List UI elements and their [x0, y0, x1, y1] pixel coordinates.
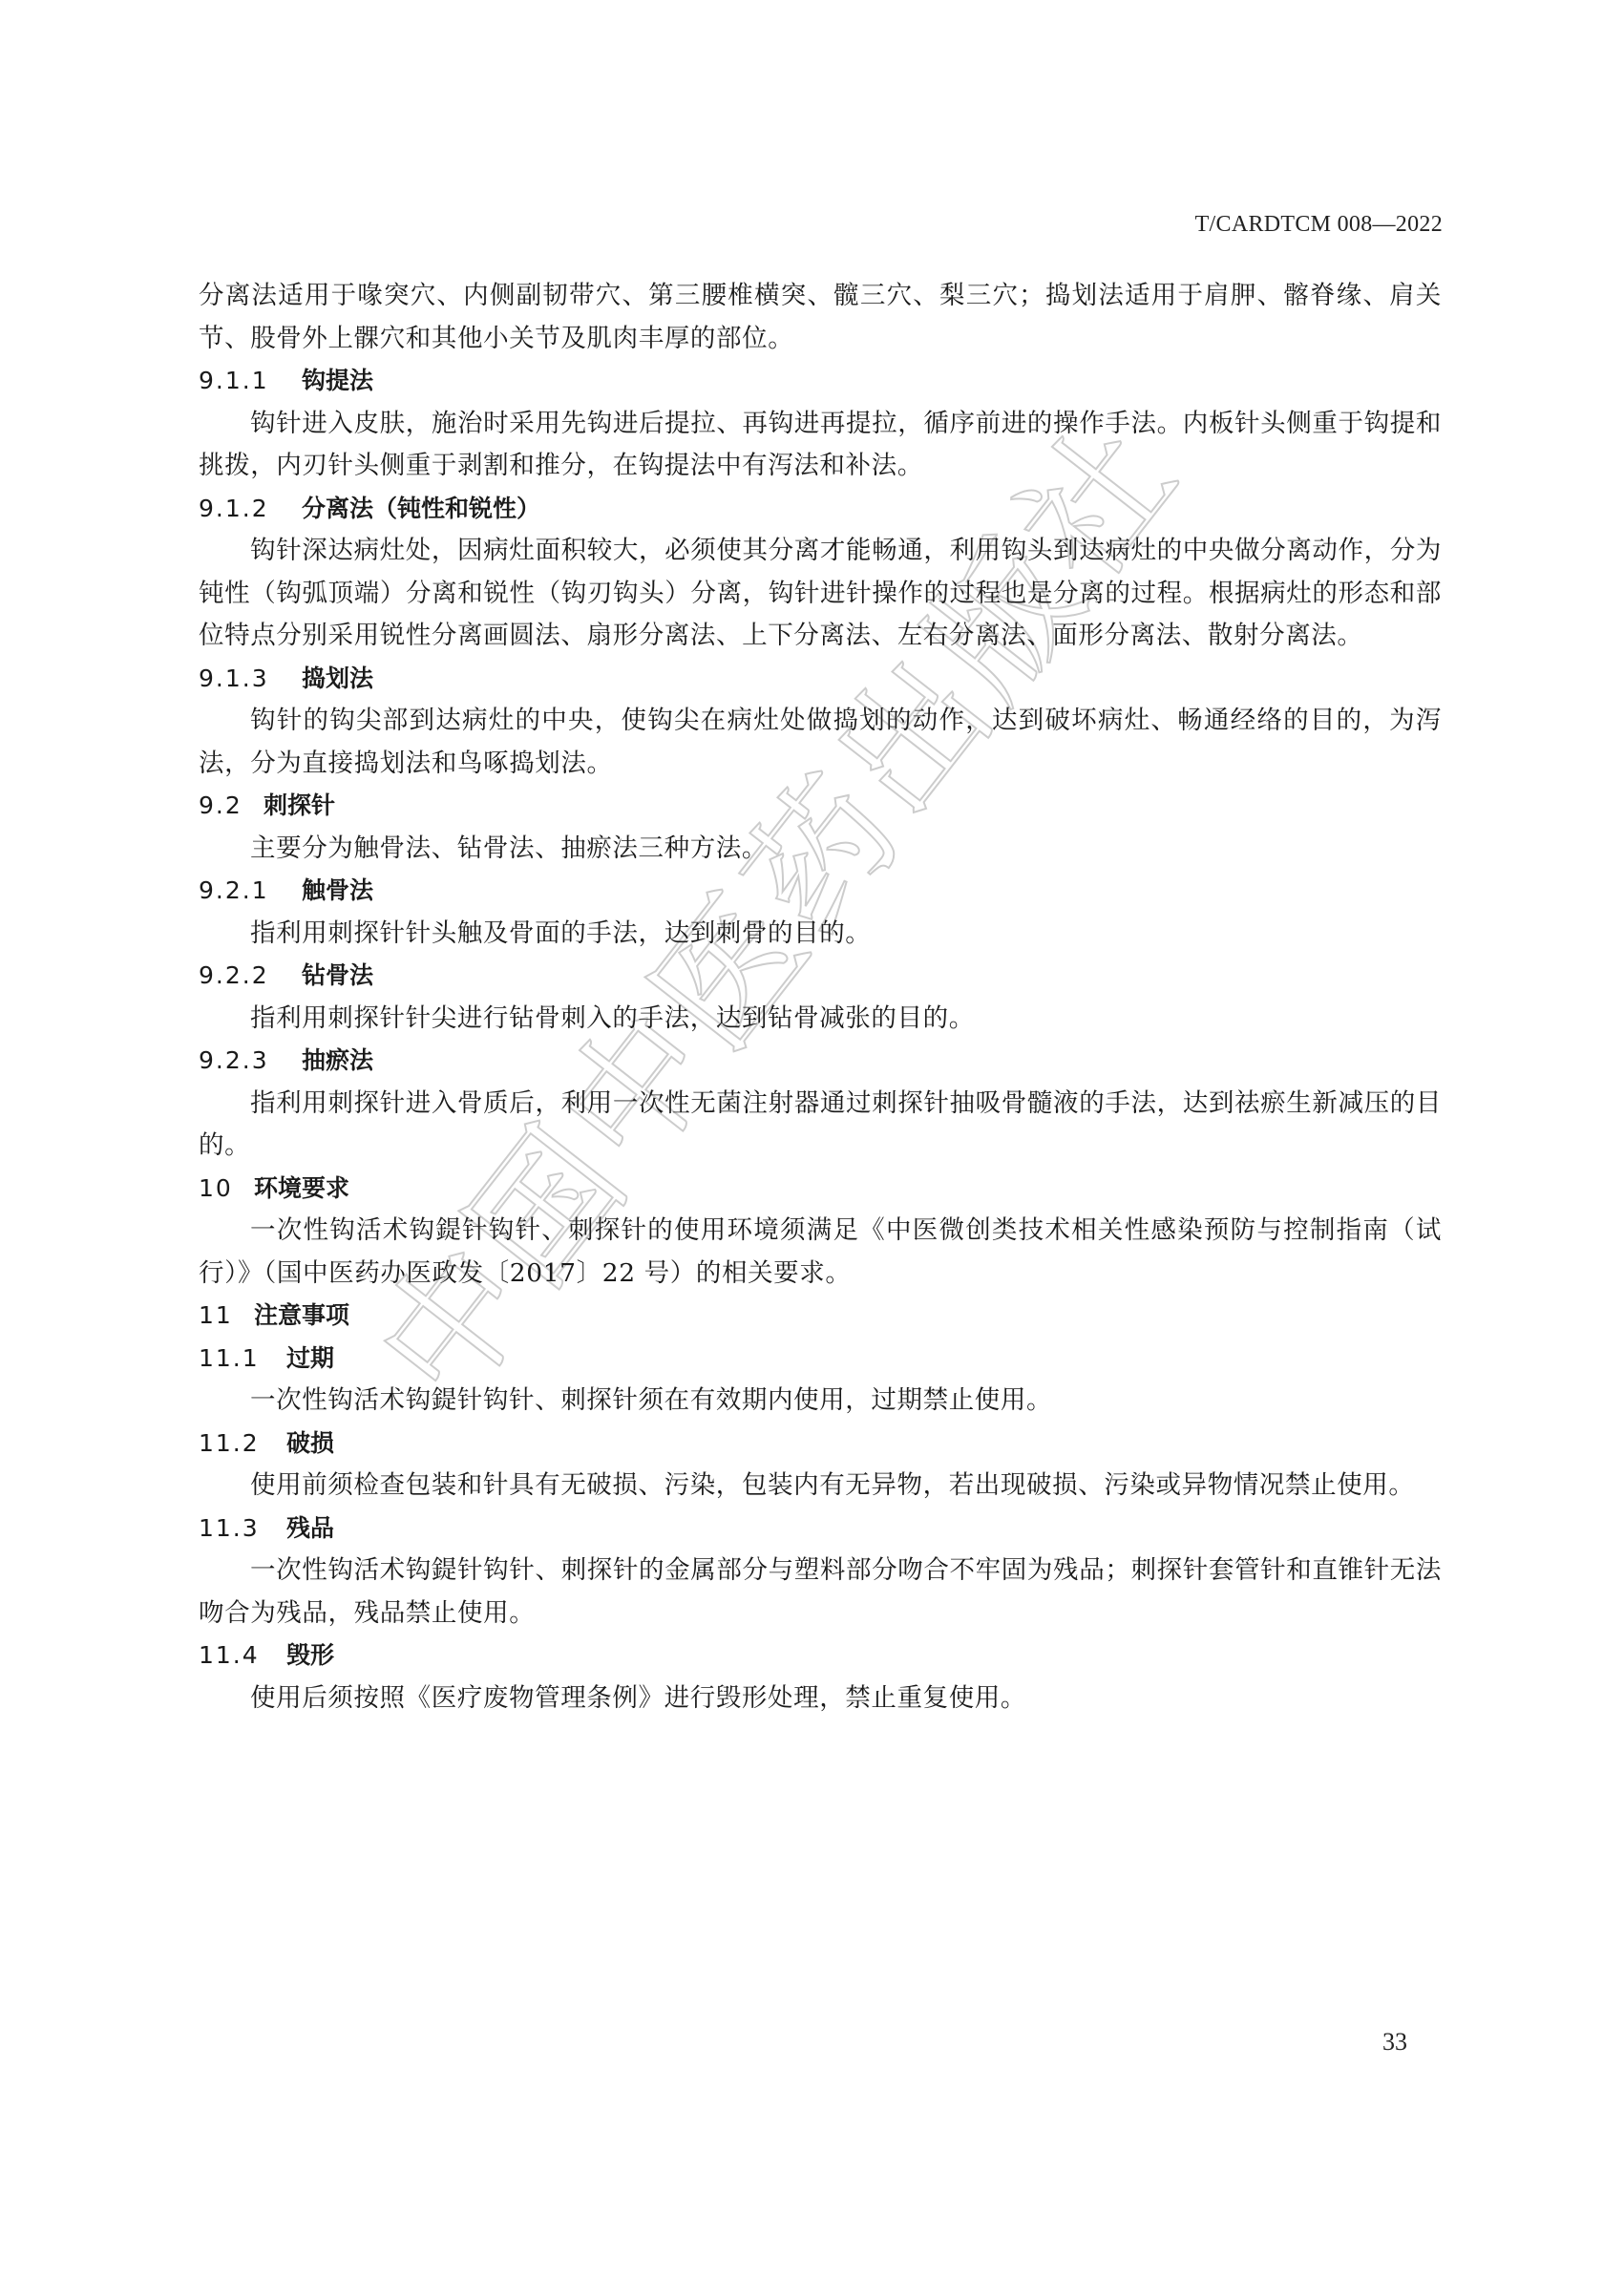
- section-number: 9.2: [199, 785, 264, 828]
- document-id-header: T/CARDTCM 008—2022: [1195, 212, 1443, 238]
- heading-11-2: 11.2破损: [199, 1423, 1442, 1466]
- paragraph-9-1-1: 钩针进入皮肤，施治时采用先钩进后提拉、再钩进再提拉，循序前进的操作手法。内板针头…: [199, 403, 1442, 488]
- section-number: 9.1.2: [199, 488, 302, 531]
- section-title: 分离法（钝性和锐性）: [302, 495, 540, 522]
- heading-9-2-3: 9.2.3抽瘀法: [199, 1040, 1442, 1083]
- section-title: 环境要求: [254, 1174, 349, 1202]
- section-number: 9.2.2: [199, 955, 302, 998]
- paragraph-10: 一次性钩活术钩鍉针钩针、刺探针的使用环境须满足《中医微创类技术相关性感染预防与控…: [199, 1210, 1442, 1295]
- section-title: 注意事项: [254, 1301, 349, 1329]
- section-title: 过期: [286, 1344, 334, 1372]
- heading-9-2-2: 9.2.2钻骨法: [199, 955, 1442, 998]
- paragraph-11-4: 使用后须按照《医疗废物管理条例》进行毁形处理，禁止重复使用。: [199, 1677, 1442, 1720]
- section-number: 11.4: [199, 1635, 286, 1677]
- section-title: 刺探针: [264, 791, 335, 819]
- heading-11-3: 11.3残品: [199, 1508, 1442, 1550]
- paragraph-11-2: 使用前须检查包装和针具有无破损、污染，包装内有无异物，若出现破损、污染或异物情况…: [199, 1465, 1442, 1508]
- heading-9-2: 9.2刺探针: [199, 785, 1442, 828]
- section-title: 破损: [286, 1429, 334, 1457]
- section-number: 11.3: [199, 1508, 286, 1550]
- paragraph-9-1-3: 钩针的钩尖部到达病灶的中央，使钩尖在病灶处做捣划的动作，达到破坏病灶、畅通经络的…: [199, 700, 1442, 785]
- section-title: 触骨法: [302, 876, 373, 904]
- section-number: 10: [199, 1168, 254, 1211]
- heading-9-1-1: 9.1.1钩提法: [199, 360, 1442, 403]
- heading-9-1-3: 9.1.3捣划法: [199, 658, 1442, 701]
- section-number: 11: [199, 1295, 254, 1338]
- section-number: 11.2: [199, 1423, 286, 1466]
- heading-11-4: 11.4毁形: [199, 1635, 1442, 1677]
- paragraph-9-2-1: 指利用刺探针针头触及骨面的手法，达到刺骨的目的。: [199, 913, 1442, 956]
- section-title: 钻骨法: [302, 961, 373, 989]
- heading-9-1-2: 9.1.2分离法（钝性和锐性）: [199, 488, 1442, 531]
- heading-10: 10环境要求: [199, 1168, 1442, 1211]
- section-title: 抽瘀法: [302, 1046, 373, 1074]
- section-number: 9.2.1: [199, 870, 302, 913]
- section-number: 9.1.1: [199, 360, 302, 403]
- document-body: 分离法适用于喙突穴、内侧副韧带穴、第三腰椎横突、髋三穴、梨三穴；捣划法适用于肩胛…: [199, 275, 1442, 1719]
- paragraph-9-2: 主要分为触骨法、钻骨法、抽瘀法三种方法。: [199, 828, 1442, 871]
- section-title: 毁形: [286, 1641, 334, 1669]
- heading-11-1: 11.1过期: [199, 1338, 1442, 1381]
- section-number: 11.1: [199, 1338, 286, 1381]
- intro-paragraph: 分离法适用于喙突穴、内侧副韧带穴、第三腰椎横突、髋三穴、梨三穴；捣划法适用于肩胛…: [199, 275, 1442, 360]
- paragraph-11-1: 一次性钩活术钩鍉针钩针、刺探针须在有效期内使用，过期禁止使用。: [199, 1380, 1442, 1423]
- paragraph-9-2-3: 指利用刺探针进入骨质后，利用一次性无菌注射器通过刺探针抽吸骨髓液的手法，达到祛瘀…: [199, 1083, 1442, 1168]
- heading-9-2-1: 9.2.1触骨法: [199, 870, 1442, 913]
- section-number: 9.1.3: [199, 658, 302, 701]
- page-number: 33: [1382, 2028, 1407, 2057]
- section-title: 钩提法: [302, 367, 373, 394]
- paragraph-11-3: 一次性钩活术钩鍉针钩针、刺探针的金属部分与塑料部分吻合不牢固为残品；刺探针套管针…: [199, 1550, 1442, 1635]
- section-title: 残品: [286, 1514, 334, 1542]
- heading-11: 11注意事项: [199, 1295, 1442, 1338]
- paragraph-9-2-2: 指利用刺探针针尖进行钻骨刺入的手法，达到钻骨减张的目的。: [199, 998, 1442, 1041]
- section-title: 捣划法: [302, 664, 373, 692]
- paragraph-9-1-2: 钩针深达病灶处，因病灶面积较大，必须使其分离才能畅通，利用钩头到达病灶的中央做分…: [199, 530, 1442, 658]
- section-number: 9.2.3: [199, 1040, 302, 1083]
